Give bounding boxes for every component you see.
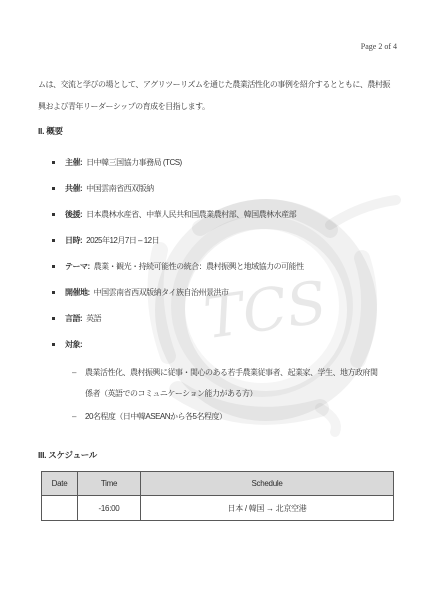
bullet-text: 2025年12月7日 – 12日	[86, 236, 159, 245]
bullet-text: 日本農林水産省、中華人民共和国農業農村部、韓国農林水産部	[86, 210, 296, 219]
bullet-item-target: 対象:	[51, 340, 396, 349]
cell-schedule: 日本 / 韓国 → 北京空港	[141, 496, 394, 521]
document-page: TCS Page 2 of 4 ムは、交流と学びの場として、アグリツーリズムを通…	[0, 0, 424, 600]
table-row: -16:00 日本 / 韓国 → 北京空港	[42, 496, 394, 521]
intro-paragraph: ムは、交流と学びの場として、アグリツーリズムを通じた農業活性化の事例を紹介すると…	[38, 74, 395, 118]
column-header-time: Time	[78, 472, 141, 496]
bullet-item-date: 日時:2025年12月7日 – 12日	[51, 236, 396, 245]
column-header-schedule: Schedule	[141, 472, 394, 496]
bullet-label: テーマ:	[65, 262, 90, 271]
schedule-table-header-row: Date Time Schedule	[42, 472, 394, 496]
overview-heading: II. 概要	[38, 125, 63, 137]
bullet-text: 中国雲南省西双版納タイ族自治州景洪市	[94, 288, 229, 297]
bullet-item-venue: 開催地:中国雲南省西双版納タイ族自治州景洪市	[51, 288, 396, 297]
bullet-item-organizer: 主催:日中韓三国協力事務局 (TCS)	[51, 158, 396, 167]
bullet-text: 中国雲南省西双版納	[86, 184, 154, 193]
bullet-item-coorganizer: 共催:中国雲南省西双版納	[51, 184, 396, 193]
bullet-text: 農業・観光・持続可能性の統合：農村振興と地域協力の可能性	[94, 262, 304, 271]
bullet-label: 共催:	[65, 184, 82, 193]
overview-bullet-list: 主催:日中韓三国協力事務局 (TCS) 共催:中国雲南省西双版納 後援:日本農林…	[51, 158, 396, 349]
column-header-date: Date	[42, 472, 78, 496]
bullet-text: 日中韓三国協力事務局 (TCS)	[86, 158, 182, 167]
bullet-item-theme: テーマ:農業・観光・持続可能性の統合：農村振興と地域協力の可能性	[51, 262, 396, 271]
bullet-item-language: 言語:英語	[51, 314, 396, 323]
page-number: Page 2 of 4	[361, 42, 397, 51]
cell-time: -16:00	[78, 496, 141, 521]
schedule-heading: III. スケジュール	[38, 449, 97, 461]
cell-date	[42, 496, 78, 521]
target-detail-item: 農業活性化、農村振興に従事・関心のある若手農業従事者、起業家、学生、地方政府関係…	[72, 362, 384, 404]
bullet-text: 英語	[86, 314, 101, 323]
target-detail-item: 20名程度（日中韓ASEANから各5名程度）	[72, 406, 384, 427]
bullet-item-support: 後援:日本農林水産省、中華人民共和国農業農村部、韓国農林水産部	[51, 210, 396, 219]
bullet-label: 日時:	[65, 236, 82, 245]
bullet-label: 後援:	[65, 210, 82, 219]
bullet-label: 主催:	[65, 158, 82, 167]
schedule-table: Date Time Schedule -16:00 日本 / 韓国 → 北京空港	[41, 471, 394, 521]
bullet-label: 言語:	[65, 314, 82, 323]
bullet-label: 対象:	[65, 340, 82, 349]
target-detail-list: 農業活性化、農村振興に従事・関心のある若手農業従事者、起業家、学生、地方政府関係…	[72, 362, 384, 427]
bullet-label: 開催地:	[65, 288, 90, 297]
